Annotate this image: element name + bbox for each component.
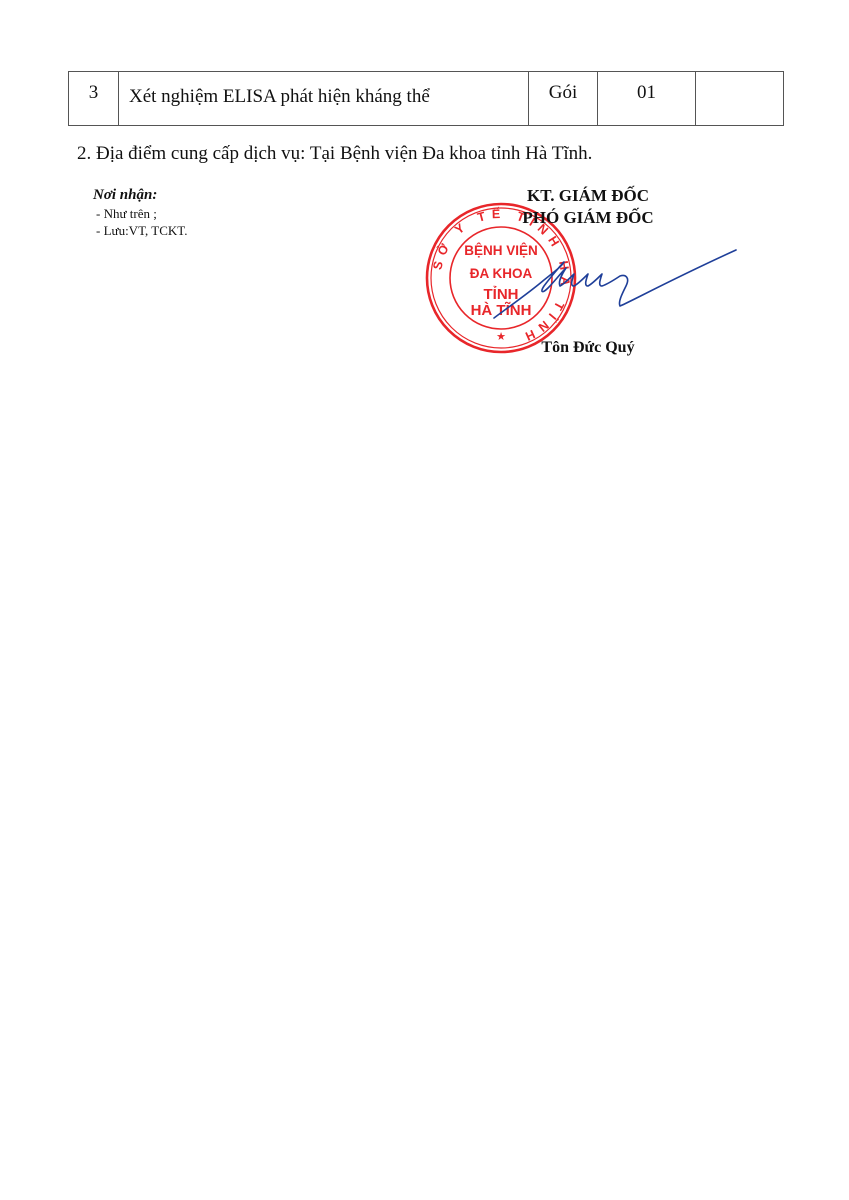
services-table: 3 Xét nghiệm ELISA phát hiện kháng thể G… xyxy=(68,71,784,126)
handwritten-signature xyxy=(470,240,750,330)
service-location: 2. Địa điểm cung cấp dịch vụ: Tại Bệnh v… xyxy=(77,143,592,165)
quantity-text: 01 xyxy=(598,72,695,104)
table-row: 3 Xét nghiệm ELISA phát hiện kháng thể G… xyxy=(69,72,784,126)
cell-stt: 3 xyxy=(69,72,119,126)
stt-text: 3 xyxy=(69,72,118,104)
recipients-block: Nơi nhận: - Như trên ; - Lưu:VT, TCKT. xyxy=(93,187,188,239)
cell-quantity: 01 xyxy=(598,72,696,126)
signer-title-2: PHÓ GIÁM ĐỐC xyxy=(458,208,718,228)
signer-title-1: KT. GIÁM ĐỐC xyxy=(458,186,718,206)
unit-text: Gói xyxy=(529,72,597,104)
recipient-item: - Lưu:VT, TCKT. xyxy=(93,222,188,239)
cell-note xyxy=(696,72,784,126)
cell-service: Xét nghiệm ELISA phát hiện kháng thể xyxy=(119,72,529,126)
service-text: Xét nghiệm ELISA phát hiện kháng thể xyxy=(119,72,528,108)
recipient-item: - Như trên ; xyxy=(93,205,188,222)
cell-unit: Gói xyxy=(529,72,598,126)
recipients-title: Nơi nhận: xyxy=(93,187,188,204)
signer-name: Tôn Đức Quý xyxy=(458,339,718,357)
